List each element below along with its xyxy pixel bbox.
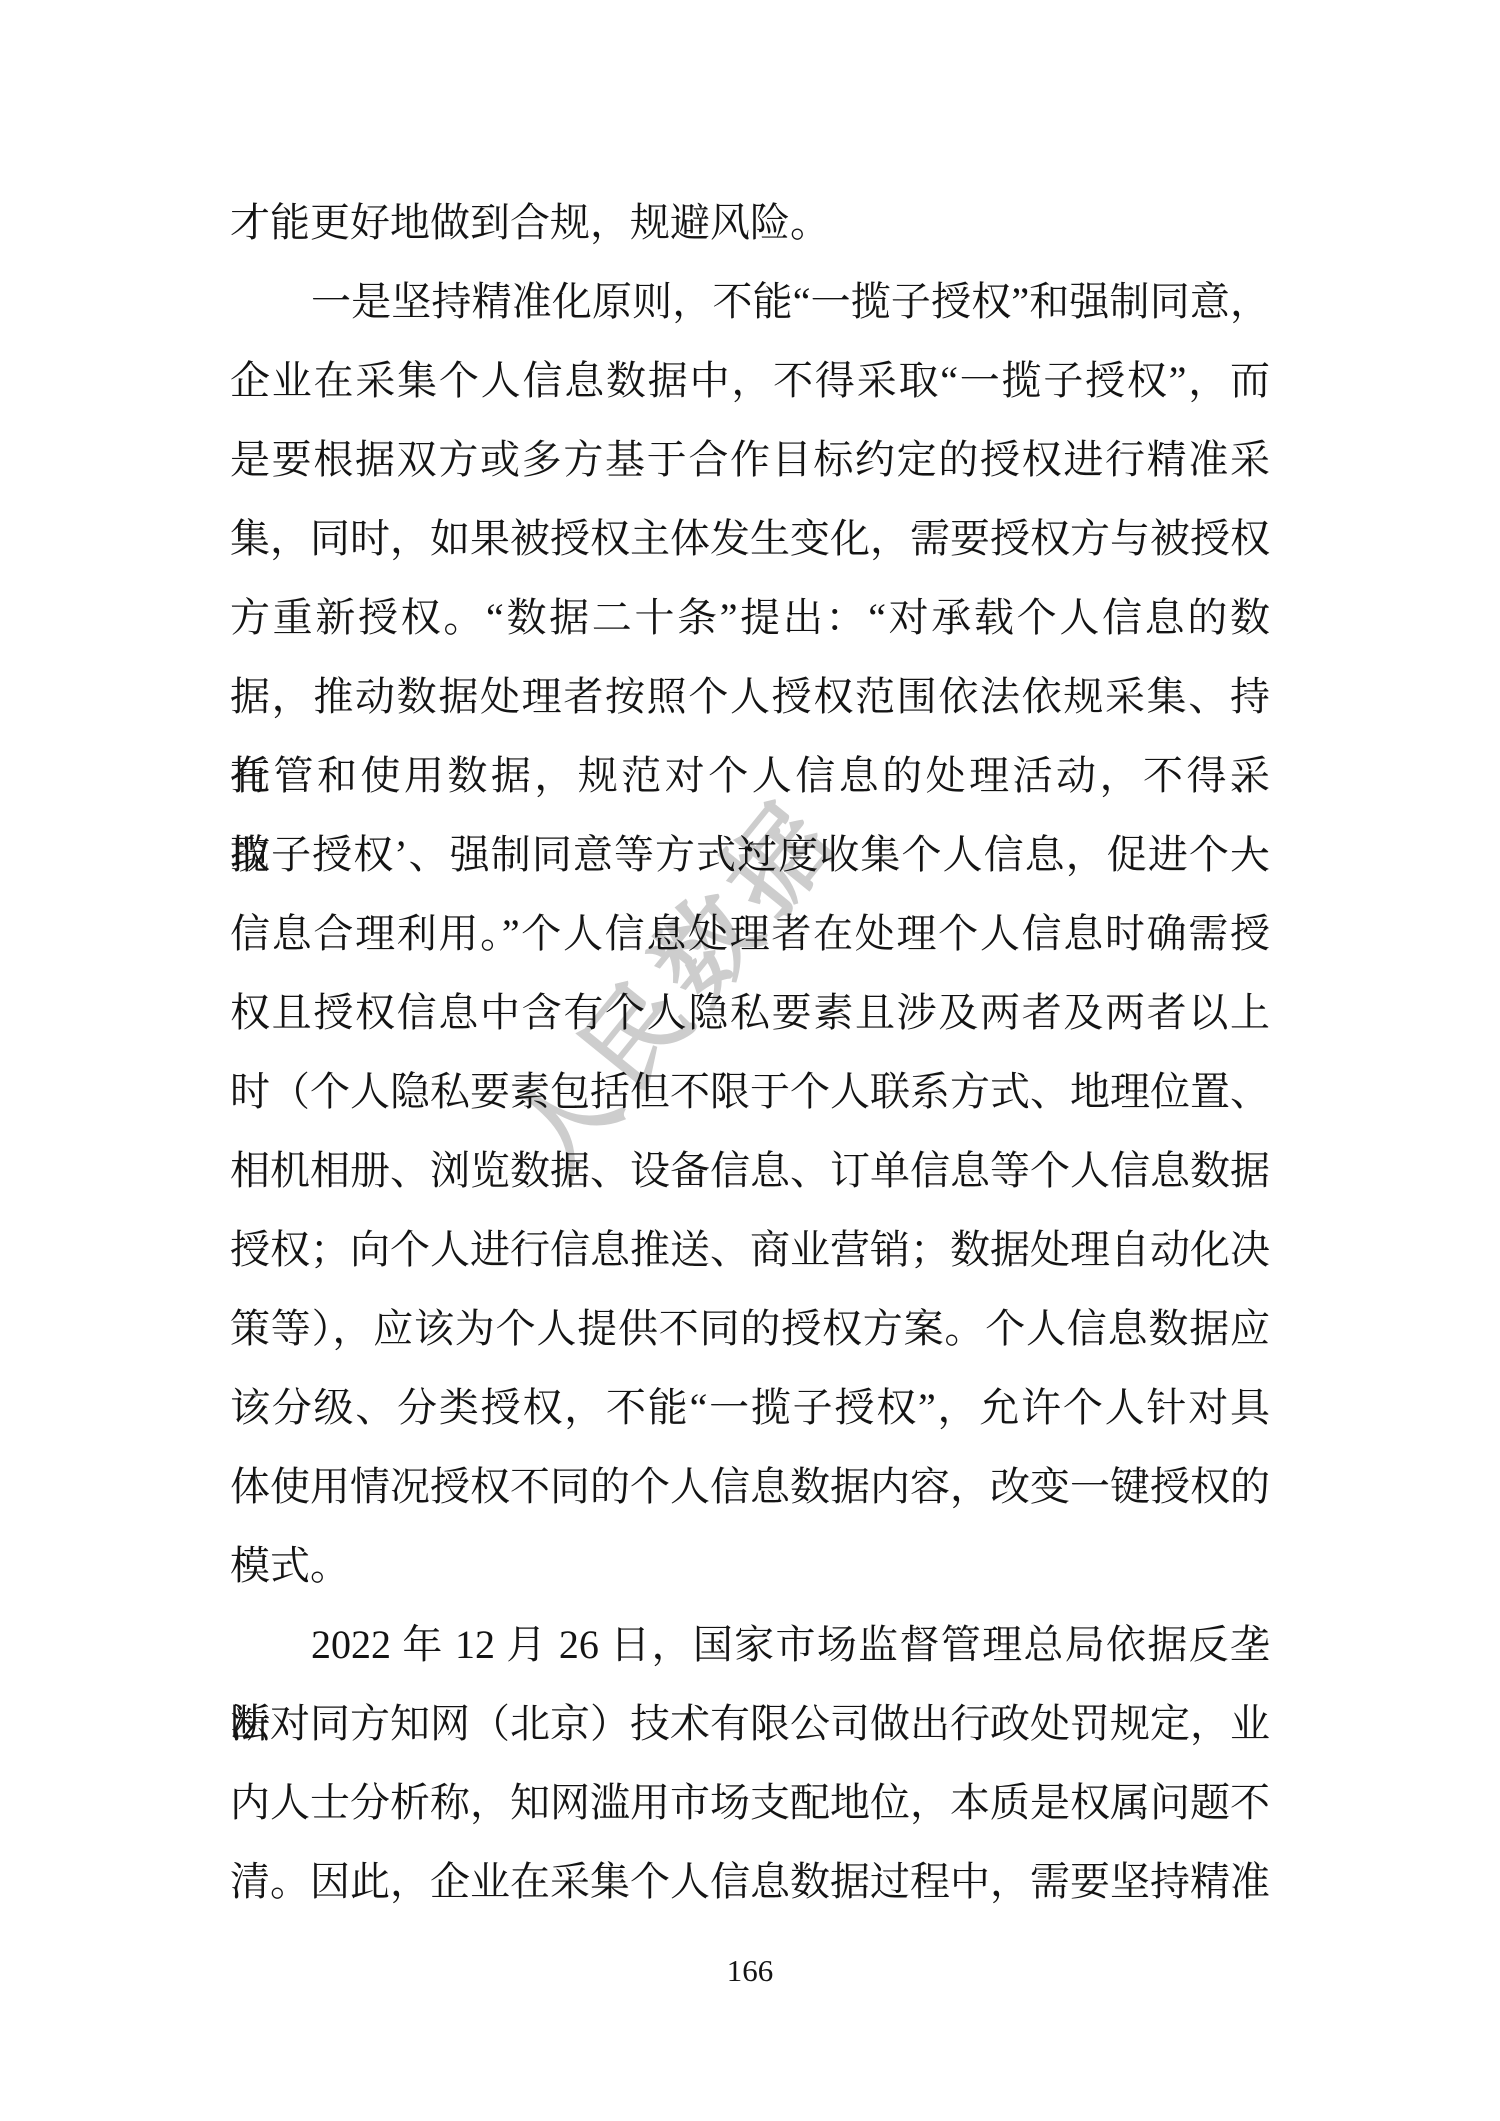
text-line: 信息合理利用。”个人信息处理者在处理个人信息时确需授 [230,894,1270,973]
text-line: 时（个人隐私要素包括但不限于个人联系方式、地理位置、 [230,1052,1270,1131]
page-number: 166 [0,1953,1500,1989]
text-line: 企业在采集个人信息数据中，不得采取“一揽子授权”，而 [230,341,1270,420]
text-line: 揽子授权’、强制同意等方式过度收集个人信息，促进个人 [230,815,1270,894]
text-line: 方重新授权。“数据二十条”提出：“对承载个人信息的数 [230,578,1270,657]
text-line: 才能更好地做到合规，规避风险。 [230,183,1270,262]
text-body: 才能更好地做到合规，规避风险。一是坚持精准化原则，不能“一揽子授权”和强制同意，… [230,183,1270,1921]
text-line: 授权；向个人进行信息推送、商业营销；数据处理自动化决 [230,1210,1270,1289]
text-line: 是要根据双方或多方基于合作目标约定的授权进行精准采 [230,420,1270,499]
text-line: 2022 年 12 月 26 日，国家市场监督管理总局依据反垄断 [230,1605,1270,1684]
text-line: 该分级、分类授权，不能“一揽子授权”，允许个人针对具 [230,1368,1270,1447]
text-line: 据，推动数据处理者按照个人授权范围依法依规采集、持有、 [230,657,1270,736]
text-line: 模式。 [230,1526,1270,1605]
text-line: 集，同时，如果被授权主体发生变化，需要授权方与被授权 [230,499,1270,578]
text-line: 权且授权信息中含有个人隐私要素且涉及两者及两者以上 [230,973,1270,1052]
text-line: 内人士分析称，知网滥用市场支配地位，本质是权属问题不 [230,1763,1270,1842]
text-line: 相机相册、浏览数据、设备信息、订单信息等个人信息数据 [230,1131,1270,1210]
text-line: 清。因此，企业在采集个人信息数据过程中，需要坚持精准 [230,1842,1270,1921]
text-line: 一是坚持精准化原则，不能“一揽子授权”和强制同意， [230,262,1270,341]
text-line: 策等），应该为个人提供不同的授权方案。个人信息数据应 [230,1289,1270,1368]
document-page: 人民数据 才能更好地做到合规，规避风险。一是坚持精准化原则，不能“一揽子授权”和… [0,0,1500,2121]
text-line: 体使用情况授权不同的个人信息数据内容，改变一键授权的 [230,1447,1270,1526]
text-line: 托管和使用数据，规范对个人信息的处理活动，不得采取‘一 [230,736,1270,815]
text-line: 法对同方知网（北京）技术有限公司做出行政处罚规定，业 [230,1684,1270,1763]
